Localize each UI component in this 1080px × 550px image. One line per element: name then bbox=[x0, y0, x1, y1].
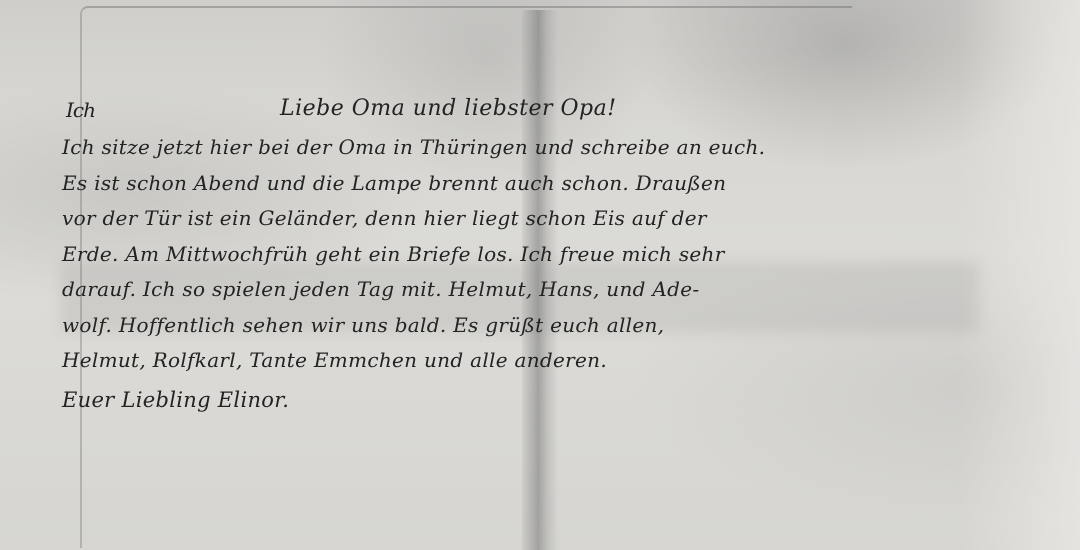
letter-line-6: wolf. Hoffentlich sehen wir uns bald. Es… bbox=[62, 308, 1042, 344]
letter-line-3: vor der Tür ist ein Geländer, denn hier … bbox=[62, 201, 1042, 237]
letter-line-2: Es ist schon Abend und die Lampe brennt … bbox=[62, 166, 1042, 202]
letter-line-4: Erde. Am Mittwochfrüh geht ein Briefe lo… bbox=[62, 237, 1042, 273]
letter-line-5: darauf. Ich so spielen jeden Tag mit. He… bbox=[62, 272, 1042, 308]
heading-row: Ich Liebe Oma und liebster Opa! bbox=[62, 92, 1042, 130]
closing-signature: Euer Liebling Elinor. bbox=[62, 383, 1042, 419]
letter-body: Ich Liebe Oma und liebster Opa! Ich sitz… bbox=[62, 92, 1042, 418]
salutation: Liebe Oma und liebster Opa! bbox=[280, 96, 617, 121]
corner-mark: Ich bbox=[66, 98, 95, 122]
letter-line-1: Ich sitze jetzt hier bei der Oma in Thür… bbox=[62, 130, 1042, 166]
letter-line-7: Helmut, Rolfkarl, Tante Emmchen und alle… bbox=[62, 343, 1042, 379]
